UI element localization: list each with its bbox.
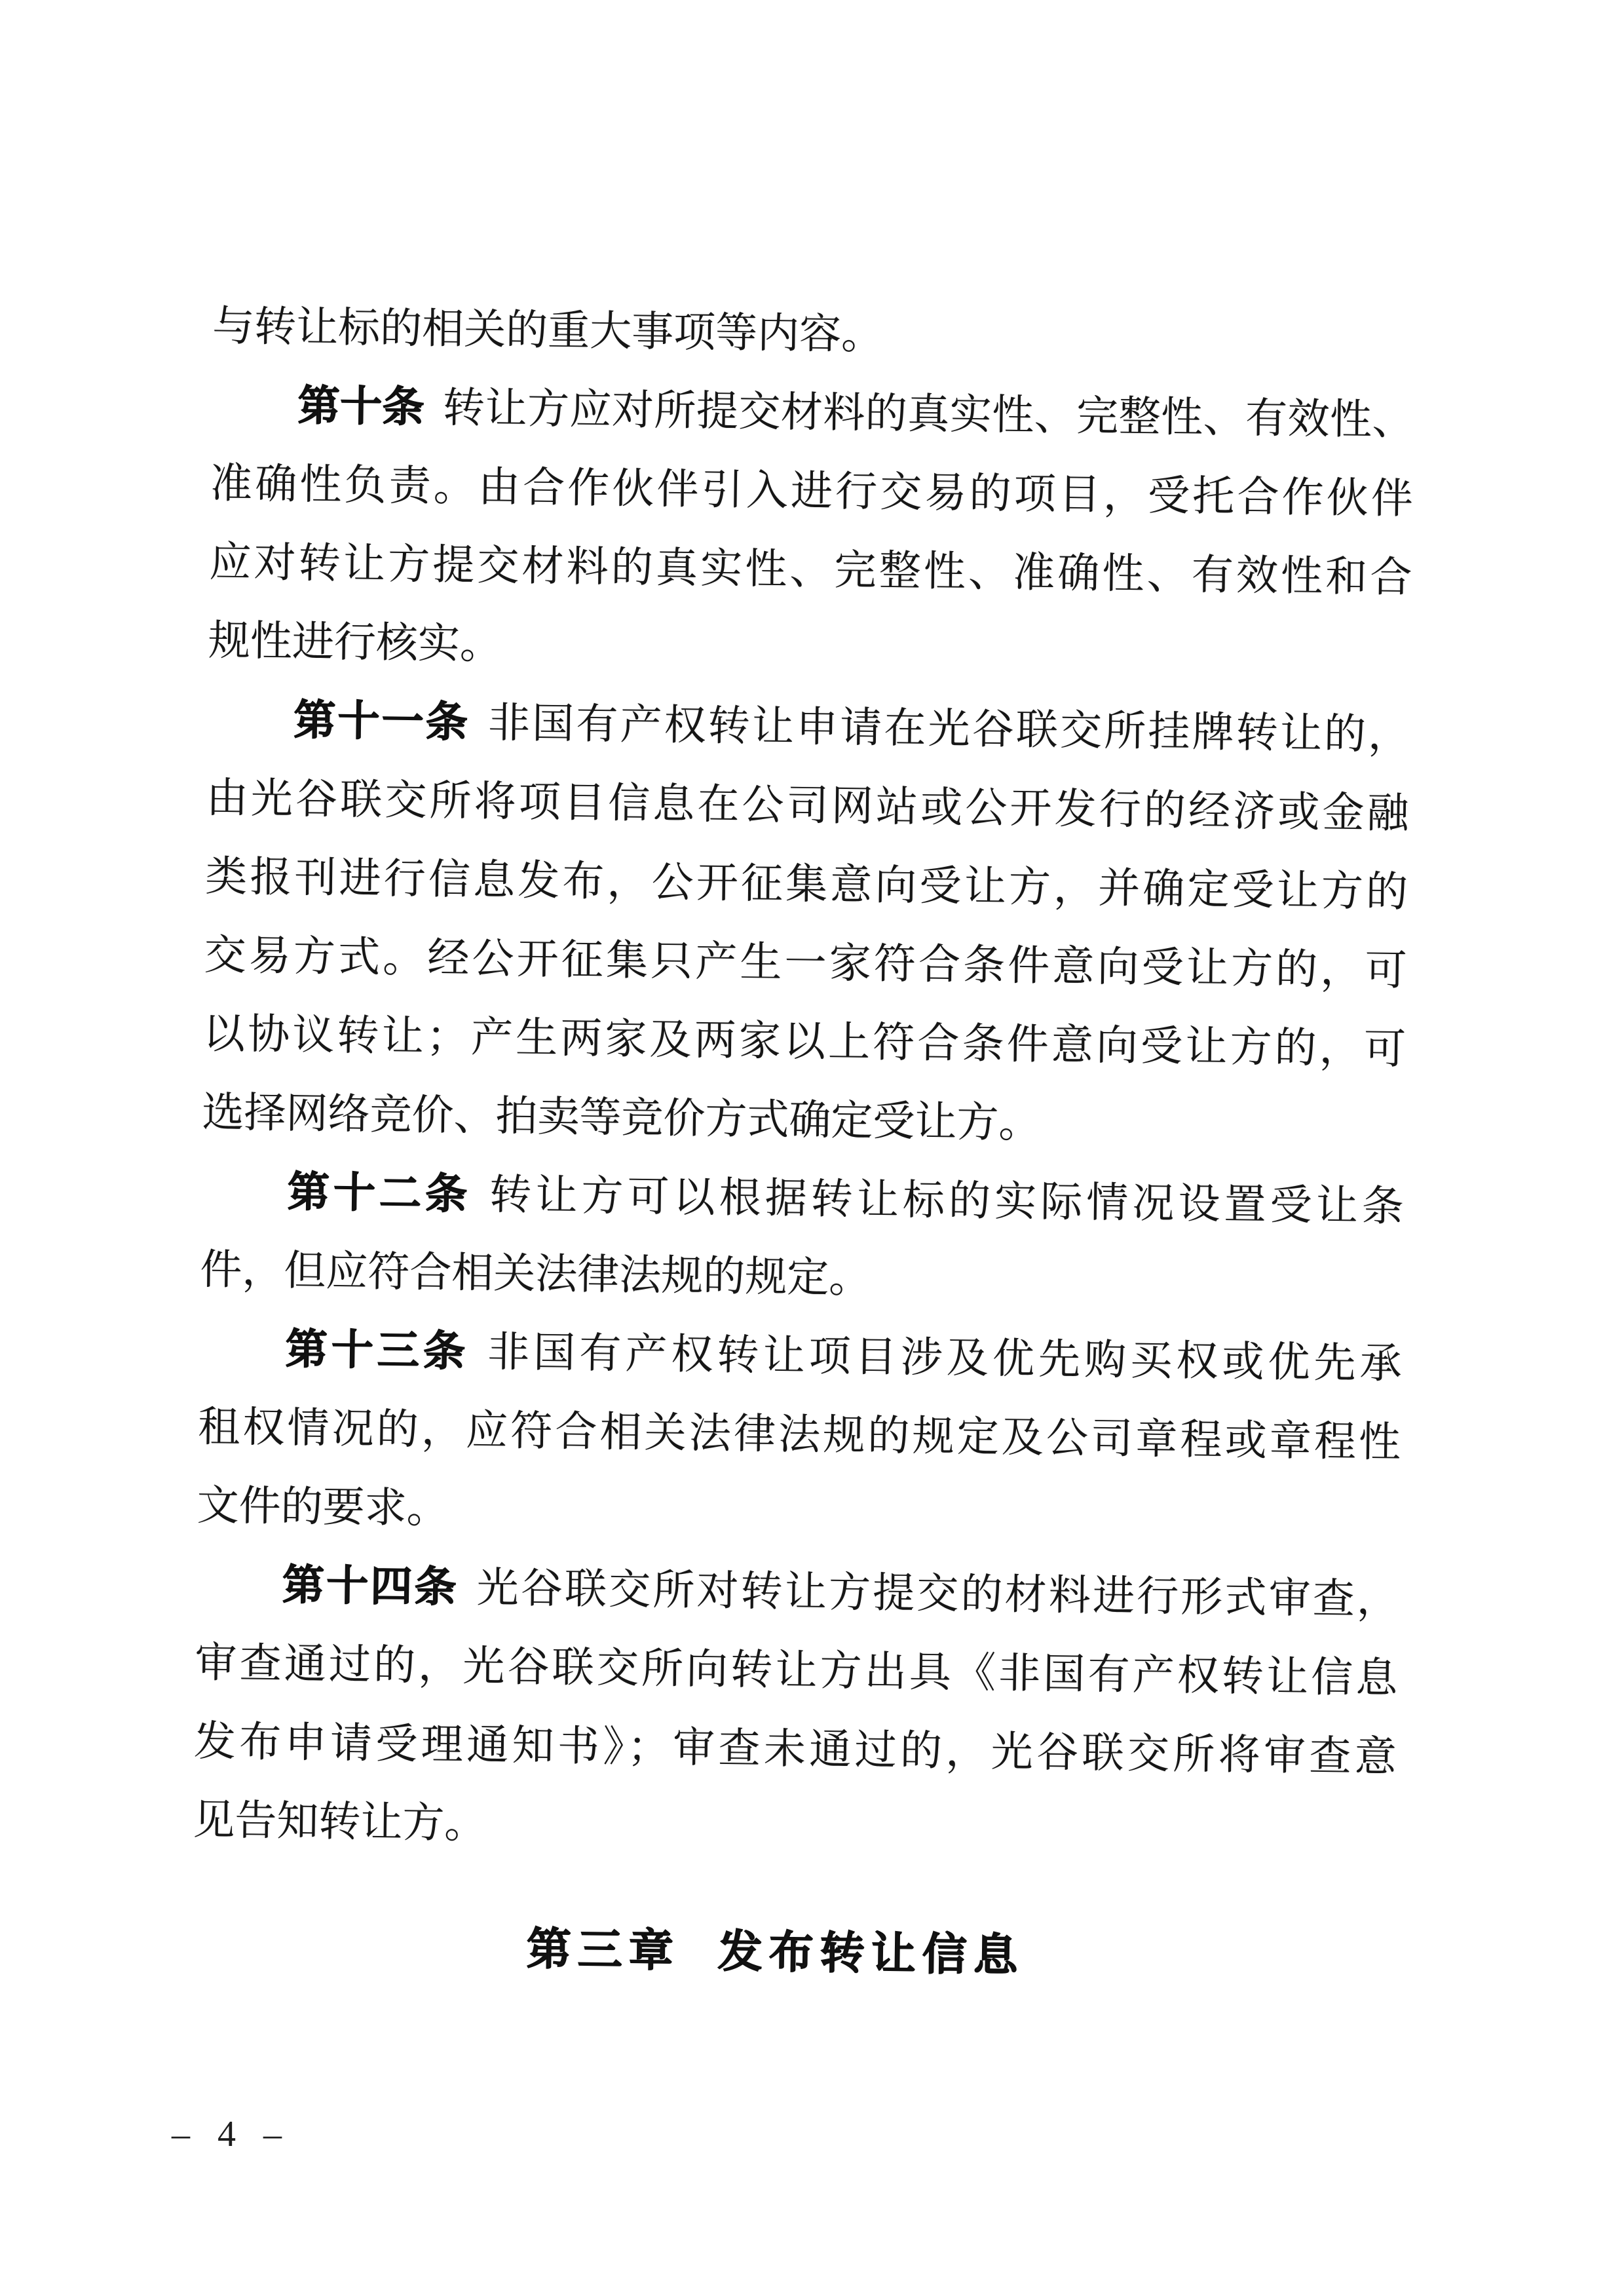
line-text: 准确性负责。由合作伙伴引入进行交易的项目，受托合作伙伴	[210, 460, 1414, 522]
body-line-3: 准确性负责。由合作伙伴引入进行交易的项目，受托合作伙伴	[210, 444, 1413, 539]
article-number-13: 第十三条	[285, 1326, 469, 1375]
body-line-19: 发布申请受理通知书》；审查未通过的，光谷联交所将审查意	[193, 1702, 1397, 1797]
line-text: 审查通过的，光谷联交所向转让方出具《非国有产权转让信息	[195, 1639, 1398, 1702]
line-text: 发布申请受理通知书》；审查未通过的，光谷联交所将审查意	[193, 1718, 1397, 1780]
body-line-13: 件，但应符合相关法律法规的规定。	[200, 1231, 1403, 1325]
body-line-6: 第十一条非国有产权转让申请在光谷联交所挂牌转让的，	[207, 680, 1410, 775]
body-line-5: 规性进行核实。	[208, 602, 1411, 696]
body-line-20: 见告知转让方。	[193, 1781, 1396, 1875]
line-text: 光谷联交所对转让方提交的材料进行形式审查，	[476, 1564, 1399, 1622]
chapter-title: 发布转让信息	[717, 1926, 1025, 1980]
line-text: 类报刊进行信息发布，公开征集意向受让方，并确定受让方的	[205, 853, 1408, 915]
article-number-10: 第十条	[297, 383, 425, 431]
line-text: 非国有产权转让项目涉及优先购买权或优先承	[487, 1329, 1402, 1387]
chapter-heading: 第三章发布转让信息	[191, 1905, 1394, 2000]
page-number: – 4 –	[172, 2113, 291, 2155]
body-line-15: 租权情况的，应符合相关法律法规的规定及公司章程或章程性	[197, 1388, 1401, 1482]
body-line-16: 文件的要求。	[197, 1466, 1400, 1561]
line-text: 见告知转让方。	[193, 1797, 487, 1847]
body-line-2: 第十条转让方应对所提交材料的真实性、完整性、有效性、	[211, 366, 1414, 460]
body-line-12: 第十二条转让方可以根据转让标的实际情况设置受让条	[200, 1152, 1404, 1246]
line-text: 转让方应对所提交材料的真实性、完整性、有效性、	[443, 385, 1414, 444]
body-line-1: 与转让标的相关的重大事项等内容。	[212, 287, 1415, 381]
article-number-14: 第十四条	[282, 1562, 459, 1611]
line-text: 件，但应符合相关法律法规的规定。	[200, 1246, 871, 1301]
line-text: 文件的要求。	[197, 1482, 449, 1532]
chapter-number: 第三章	[526, 1924, 680, 1976]
body-line-18: 审查通过的，光谷联交所向转让方出具《非国有产权转让信息	[195, 1624, 1398, 1718]
line-text: 应对转让方提交材料的真实性、完整性、准确性、有效性和合	[209, 539, 1412, 601]
line-text: 由光谷联交所将项目信息在公司网站或公开发行的经济或金融	[206, 775, 1409, 837]
body-line-9: 交易方式。经公开征集只产生一家符合条件意向受让方的，可	[204, 916, 1407, 1010]
body-line-11: 选择网络竞价、拍卖等竞价方式确定受让方。	[202, 1073, 1405, 1168]
line-text: 交易方式。经公开征集只产生一家符合条件意向受让方的，可	[204, 932, 1407, 994]
body-line-4: 应对转让方提交材料的真实性、完整性、准确性、有效性和合	[209, 523, 1412, 617]
document-body: 与转让标的相关的重大事项等内容。 第十条转让方应对所提交材料的真实性、完整性、有…	[191, 287, 1416, 2000]
body-line-17: 第十四条光谷联交所对转让方提交的材料进行形式审查，	[195, 1545, 1399, 1639]
article-number-12: 第十二条	[287, 1169, 471, 1218]
line-text: 非国有产权转让申请在光谷联交所挂牌转让的，	[488, 700, 1410, 758]
body-line-10: 以协议转让；产生两家及两家以上符合条件意向受让方的，可	[202, 995, 1406, 1089]
line-text: 规性进行核实。	[208, 617, 502, 668]
body-line-7: 由光谷联交所将项目信息在公司网站或公开发行的经济或金融	[206, 759, 1409, 853]
scanned-document-page: 与转让标的相关的重大事项等内容。 第十条转让方应对所提交材料的真实性、完整性、有…	[0, 0, 1624, 2296]
line-text: 与转让标的相关的重大事项等内容。	[212, 303, 884, 358]
body-line-8: 类报刊进行信息发布，公开征集意向受让方，并确定受让方的	[204, 837, 1408, 932]
line-text: 租权情况的，应符合相关法律法规的规定及公司章程或章程性	[198, 1404, 1401, 1466]
article-number-11: 第十一条	[293, 697, 470, 746]
line-text: 以协议转让；产生两家及两家以上符合条件意向受让方的，可	[203, 1010, 1407, 1073]
body-line-14: 第十三条非国有产权转让项目涉及优先购买权或优先承	[198, 1309, 1402, 1404]
line-text: 选择网络竞价、拍卖等竞价方式确定受让方。	[202, 1089, 1041, 1147]
line-text: 转让方可以根据转让标的实际情况设置受让条	[489, 1172, 1404, 1230]
